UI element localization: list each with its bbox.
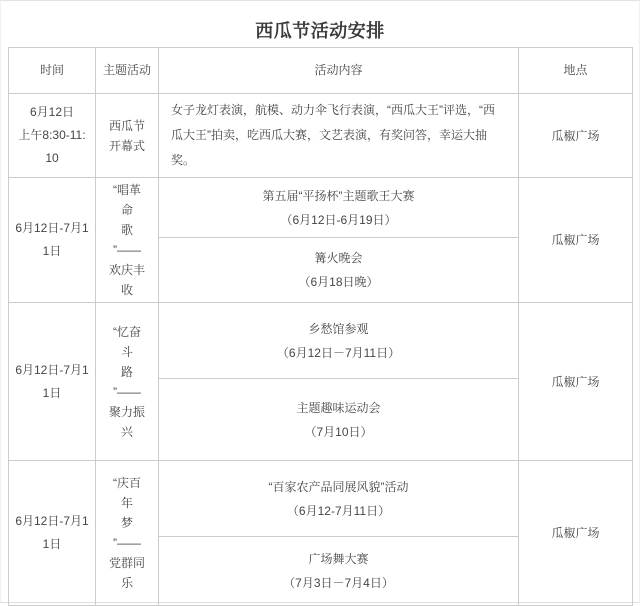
table-row-songs-a: 6月12日-7月1 1日 “唱革 命 歌 ”—— 欢庆丰 收 第五届“平扬杯”主… bbox=[9, 178, 633, 238]
activity-cell: 乡愁馆参观 （6月12日－7月11日） bbox=[159, 303, 519, 379]
page: { "page": { "title": "西瓜节活动安排" }, "table… bbox=[0, 0, 640, 603]
col-header-content: 活动内容 bbox=[159, 48, 519, 94]
table-row-opening: 6月12日 上午8:30-11: 10 西瓜节 开幕式 女子龙灯表演，航模、动力… bbox=[9, 94, 633, 178]
theme-cell: “唱革 命 歌 ”—— 欢庆丰 收 bbox=[96, 178, 159, 303]
activity-cell: “百家农产品同展风貌”活动 （6月12-7月11日） bbox=[159, 461, 519, 537]
header-row: 时间 主题活动 活动内容 地点 bbox=[9, 48, 633, 94]
location-cell: 瓜椒广场 bbox=[519, 461, 633, 606]
time-cell: 6月12日-7月1 1日 bbox=[9, 303, 96, 461]
col-header-time: 时间 bbox=[9, 48, 96, 94]
page-title: 西瓜节活动安排 bbox=[255, 17, 385, 43]
activity-cell: 第五届“平扬杯”主题歌王大赛 （6月12日-6月19日） bbox=[159, 178, 519, 238]
title-bar: 西瓜节活动安排 bbox=[1, 1, 639, 47]
schedule-table: 时间 主题活动 活动内容 地点 6月12日 上午8:30-11: 10 西瓜节 … bbox=[8, 47, 633, 606]
activity-cell: 女子龙灯表演，航模、动力伞飞行表演，“西瓜大王”评选，“西瓜大王”拍卖，吃西瓜大… bbox=[159, 94, 519, 178]
location-cell: 瓜椒广场 bbox=[519, 178, 633, 303]
col-header-location: 地点 bbox=[519, 48, 633, 94]
col-header-theme: 主题活动 bbox=[96, 48, 159, 94]
activity-cell: 篝火晚会 （6月18日晚） bbox=[159, 238, 519, 303]
time-cell: 6月12日-7月1 1日 bbox=[9, 178, 96, 303]
activity-cell: 主题趣味运动会 （7月10日） bbox=[159, 379, 519, 461]
theme-cell: “庆百 年 梦 ”—— 党群同 乐 bbox=[96, 461, 159, 606]
location-cell: 瓜椒广场 bbox=[519, 94, 633, 178]
theme-cell: “忆奋 斗 路 ”—— 聚力振 兴 bbox=[96, 303, 159, 461]
theme-cell: 西瓜节 开幕式 bbox=[96, 94, 159, 178]
activity-cell: 广场舞大赛 （7月3日－7月4日） bbox=[159, 537, 519, 606]
time-cell: 6月12日 上午8:30-11: 10 bbox=[9, 94, 96, 178]
location-cell: 瓜椒广场 bbox=[519, 303, 633, 461]
table-row-centenary-a: 6月12日-7月1 1日 “庆百 年 梦 ”—— 党群同 乐 “百家农产品同展风… bbox=[9, 461, 633, 537]
time-cell: 6月12日-7月1 1日 bbox=[9, 461, 96, 606]
table-row-memory-a: 6月12日-7月1 1日 “忆奋 斗 路 ”—— 聚力振 兴 乡愁馆参观 （6月… bbox=[9, 303, 633, 379]
